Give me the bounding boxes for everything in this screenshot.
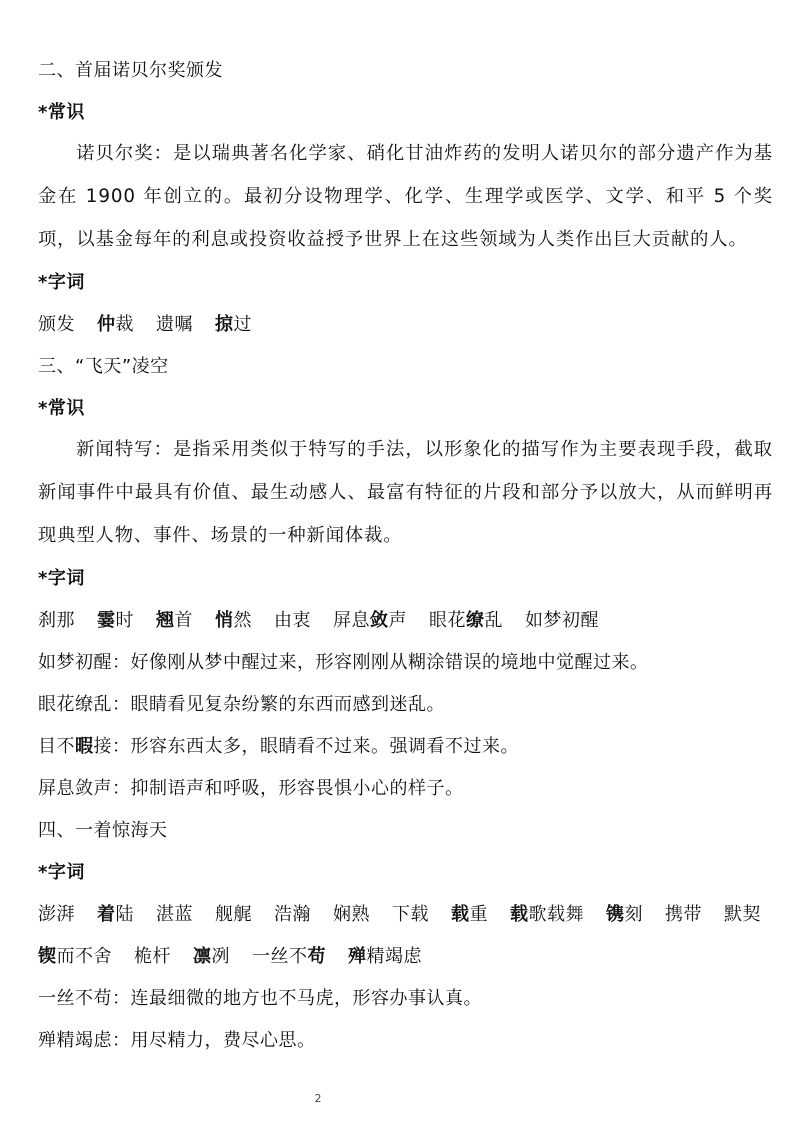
word-list-haitian-1: 澎湃着陆湛蓝舰艉浩瀚娴熟下载载重载歌载舞镌刻携带默契 [38,904,783,926]
text-segment: 刻 [625,904,644,925]
vocab-word: 下载 [392,904,429,925]
text-segment: 声 [389,610,408,631]
bold-char: 霎 [97,610,116,631]
bold-char: 仲 [97,314,116,335]
page-number: 2 [0,1092,636,1105]
text-segment: 一丝不苟：连最细微的地方也不马虎，形容办事认真。 [38,988,482,1009]
word-list-nobel: 颁发仲裁遗嘱掠过 [38,314,274,336]
document-page: 二、首届诺贝尔奖颁发 *常识 诺贝尔奖：是以瑞典著名化学家、硝化甘油炸药的发明人… [0,0,793,1122]
bold-char: 苟 [308,946,327,967]
text-segment: 刹那 [38,610,75,631]
text-segment: 湛蓝 [156,904,193,925]
definition-line: 如梦初醒：好像刚从梦中醒过来，形容刚刚从糊涂错误的境地中觉醒过来。 [38,652,649,674]
text-segment: 如梦初醒 [525,610,599,631]
bold-char: 殚 [348,946,367,967]
text-segment: 歌载舞 [529,904,585,925]
bold-char: 缭 [466,610,485,631]
text-segment: 澎湃 [38,904,75,925]
text-segment: 然 [234,610,253,631]
section-heading-nobel: 二、首届诺贝尔奖颁发 [38,60,223,82]
vocab-word: 浩瀚 [274,904,311,925]
text-segment: 屏息 [333,610,370,631]
vocab-word: 霎时 [97,610,134,631]
text-segment: 接：形容东西太多，眼睛看不过来。强调看不过来。 [94,736,520,757]
label-vocab: *字词 [38,568,85,590]
text-segment: 殚精竭虑：用尽精力，费尽心思。 [38,1030,316,1051]
word-list-feitian: 刹那霎时翘首悄然由衷屏息敛声眼花缭乱如梦初醒 [38,610,621,632]
vocab-word: 刹那 [38,610,75,631]
vocab-word: 默契 [724,904,761,925]
vocab-word: 舰艉 [215,904,252,925]
bold-char: 掠 [215,314,234,335]
bold-char: 载 [510,904,529,925]
label-vocab: *字词 [38,272,85,294]
text-segment: 眼花缭乱：眼睛看见复杂纷繁的东西而感到迷乱。 [38,694,445,715]
label-common-knowledge: *常识 [38,102,85,124]
label-common-knowledge: *常识 [38,398,85,420]
text-segment: 浩瀚 [274,904,311,925]
bold-char: 凛 [193,946,212,967]
vocab-word: 着陆 [97,904,134,925]
vocab-word: 桅杆 [134,946,171,967]
vocab-word: 屏息敛声 [333,610,407,631]
text-segment: 默契 [724,904,761,925]
vocab-word: 眼花缭乱 [429,610,503,631]
vocab-word: 遗嘱 [156,314,193,335]
text-segment: 而不舍 [57,946,113,967]
paragraph-nobel: 诺贝尔奖：是以瑞典著名化学家、硝化甘油炸药的发明人诺贝尔的部分遗产作为基金在 1… [38,132,773,261]
definition-line: 殚精竭虑：用尽精力，费尽心思。 [38,1030,316,1052]
text-segment: 时 [116,610,135,631]
vocab-word: 仲裁 [97,314,134,335]
text-segment: 遗嘱 [156,314,193,335]
vocab-word: 携带 [665,904,702,925]
vocab-word: 掠过 [215,314,252,335]
bold-char: 锲 [38,946,57,967]
paragraph-news-feature: 新闻特写：是指采用类似于特写的手法，以形象化的描写作为主要表现手段，截取新闻事件… [38,428,773,557]
text-segment: 眼花 [429,610,466,631]
bold-char: 暇 [75,736,94,757]
definition-line: 一丝不苟：连最细微的地方也不马虎，形容办事认真。 [38,988,482,1010]
text-segment: 舰艉 [215,904,252,925]
text-segment: 陆 [116,904,135,925]
vocab-word: 殚精竭虑 [348,946,422,967]
vocab-word: 一丝不苟 [252,946,326,967]
paragraph-nobel-text: 诺贝尔奖：是以瑞典著名化学家、硝化甘油炸药的发明人诺贝尔的部分遗产作为基金在 1… [38,143,773,250]
text-segment: 首 [175,610,194,631]
text-segment: 屏息敛声：抑制语声和呼吸，形容畏惧小心的样子。 [38,778,464,799]
text-segment: 携带 [665,904,702,925]
text-segment: 精竭虑 [367,946,423,967]
label-vocab: *字词 [38,862,85,884]
text-segment: 如梦初醒：好像刚从梦中醒过来，形容刚刚从糊涂错误的境地中觉醒过来。 [38,652,649,673]
vocab-word: 湛蓝 [156,904,193,925]
text-segment: 目不 [38,736,75,757]
bold-char: 着 [97,904,116,925]
text-segment: 颁发 [38,314,75,335]
vocab-word: 翘首 [156,610,193,631]
section-heading-feitian: 三、“飞天”凌空 [38,356,169,378]
bold-char: 载 [451,904,470,925]
text-segment: 过 [234,314,253,335]
word-list-haitian-2: 锲而不舍桅杆凛冽一丝不苟殚精竭虑 [38,946,444,968]
bold-char: 翘 [156,610,175,631]
text-segment: 一丝不 [252,946,308,967]
vocab-word: 载重 [451,904,488,925]
text-segment: 桅杆 [134,946,171,967]
bold-char: 敛 [370,610,389,631]
vocab-word: 悄然 [215,610,252,631]
text-segment: 裁 [116,314,135,335]
definition-line: 屏息敛声：抑制语声和呼吸，形容畏惧小心的样子。 [38,778,464,800]
paragraph-news-feature-text: 新闻特写：是指采用类似于特写的手法，以形象化的描写作为主要表现手段，截取新闻事件… [38,439,773,546]
text-segment: 下载 [392,904,429,925]
text-segment: 由衷 [274,610,311,631]
definition-line: 目不暇接：形容东西太多，眼睛看不过来。强调看不过来。 [38,736,519,758]
vocab-word: 锲而不舍 [38,946,112,967]
bold-char: 悄 [215,610,234,631]
vocab-word: 娴熟 [333,904,370,925]
text-segment: 乱 [485,610,504,631]
vocab-word: 颁发 [38,314,75,335]
text-segment: 娴熟 [333,904,370,925]
vocab-word: 由衷 [274,610,311,631]
bold-char: 镌 [606,904,625,925]
text-segment: 重 [470,904,489,925]
vocab-word: 凛冽 [193,946,230,967]
vocab-word: 载歌载舞 [510,904,584,925]
section-heading-haitian: 四、一着惊海天 [38,820,168,842]
text-segment: 冽 [212,946,231,967]
definition-line: 眼花缭乱：眼睛看见复杂纷繁的东西而感到迷乱。 [38,694,445,716]
vocab-word: 澎湃 [38,904,75,925]
vocab-word: 镌刻 [606,904,643,925]
vocab-word: 如梦初醒 [525,610,599,631]
